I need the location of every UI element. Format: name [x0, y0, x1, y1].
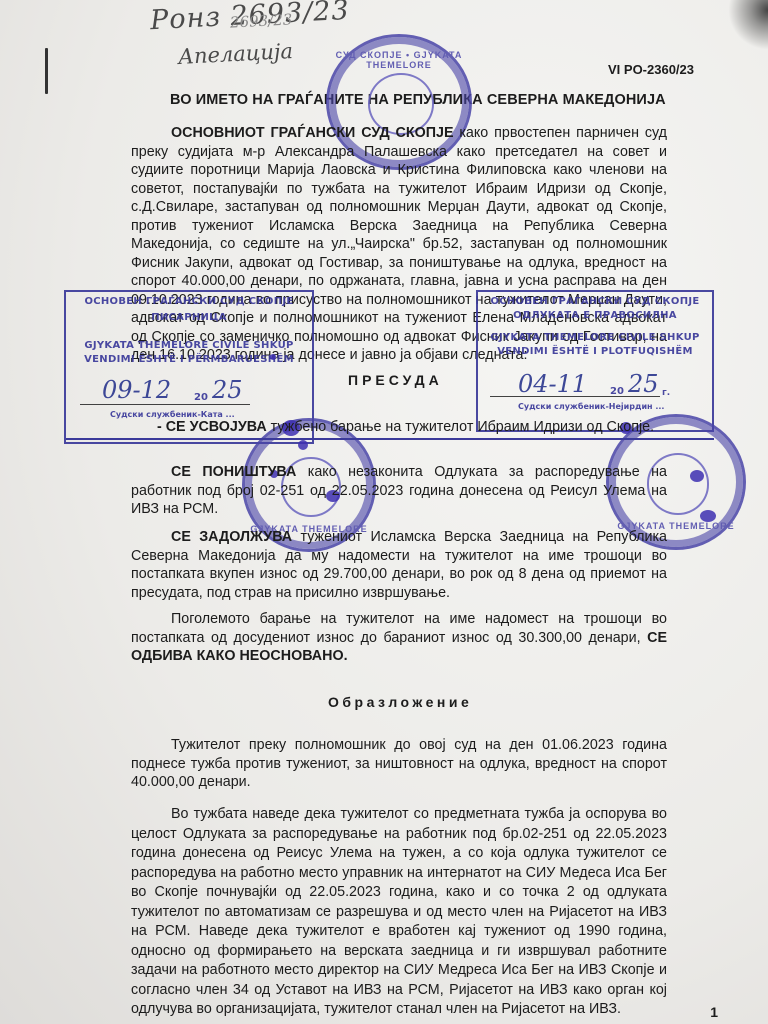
verdict-item-approve: - СЕ УСВОЈУВА тужбено барање на тужитело… [131, 418, 667, 437]
reasoning-paragraph-2: Во тужбата наведе дека тужителот со пред… [131, 805, 667, 1020]
handwritten-note: Апелација [177, 39, 293, 69]
handwritten-overwritten: 2693/23 [230, 10, 293, 31]
case-number: VI PO-2360/23 [608, 62, 694, 77]
reasoning-heading: Образложение [328, 694, 472, 710]
court-name: ОСНОВНИОТ ГРАЃАНСКИ СУД СКОПЈЕ [171, 125, 454, 141]
rejection-paragraph: Поголемото барање на тужителот на име на… [131, 610, 667, 666]
scan-shadow [728, 0, 768, 50]
binding-mark [45, 48, 48, 94]
verdict-item-obligate: СЕ ЗАДОЛЖУВА тужениот Исламска Верска За… [131, 528, 667, 602]
document-page: Ронз 2693/23 2693/23 Апелација VI PO-236… [0, 0, 768, 1024]
stamp-final-decision: ОСНОВЕН ГРАЃАНСКИ СУД СКОПЈЕ ОДЛУКАТА Е … [476, 290, 714, 432]
verdict-item-annul: СЕ ПОНИШТУВА како незаконита Одлуката за… [131, 463, 667, 519]
verdict-heading: ПРЕСУДА [348, 372, 443, 388]
page-number: 1 [710, 1004, 718, 1020]
reasoning-paragraph-1: Тужителот преку полномошник до овој суд … [131, 736, 667, 792]
